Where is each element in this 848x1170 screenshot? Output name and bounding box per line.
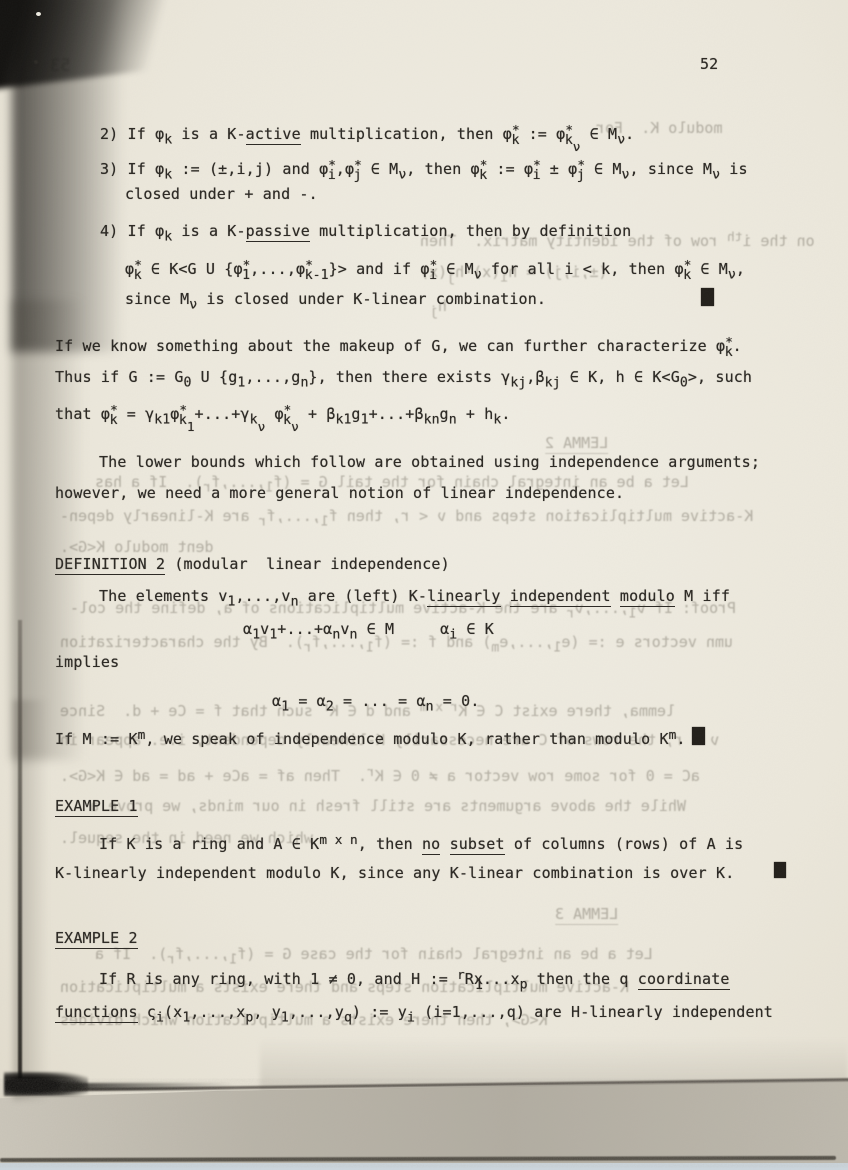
page-bottom-edge	[0, 1156, 836, 1162]
dark-corner-tail	[64, 1083, 234, 1090]
text-line: functions ςi(x1,...,xp, y1,...,yq) := yi…	[55, 995, 773, 1035]
qed-square	[701, 288, 714, 306]
dark-corner-bottom-left	[4, 1072, 88, 1096]
paper-sheet: modulo K. Foron the ith row of the ident…	[0, 0, 848, 1163]
dark-corner-top-left	[0, 0, 217, 89]
text-line: α1v1+...+αnvn ∈ M αi ∈ K	[243, 612, 494, 652]
scanned-page-screenshot: modulo K. Foron the ith row of the ident…	[0, 0, 848, 1170]
text-line: since Mν is closed under K-linear combin…	[125, 282, 546, 322]
text-line: DEFINITION 2 (modular linear independenc…	[55, 547, 450, 581]
text-line: K-linearly independent modulo K, since a…	[55, 856, 734, 890]
text-line: EXAMPLE 1	[55, 789, 138, 823]
bleedthrough-fragment: 53	[50, 50, 70, 82]
dust-speck	[36, 12, 41, 16]
bottom-curl-edge	[20, 1078, 848, 1092]
qed-square	[692, 727, 705, 745]
text-line: that φ*k = γk1φ*k1+...+γkν φ*kν + βk1g1+…	[55, 394, 511, 445]
text-line: If M := Km, we speak of independence mod…	[55, 719, 686, 756]
text-line: The lower bounds which follow are obtain…	[99, 445, 760, 479]
text-line: implies	[55, 645, 119, 679]
spine-crease-line	[18, 620, 22, 1088]
text-line: however, we need a more general notion o…	[55, 476, 624, 510]
bleedthrough-fragment: aC = 0 for some row vector a ≠ 0 ∈ Kr. T…	[60, 757, 700, 792]
text-line: closed under + and -.	[125, 177, 318, 211]
bleedthrough-fragment: LEMMA 3	[555, 898, 618, 930]
text-line: EXAMPLE 2	[55, 921, 138, 955]
bleedthrough-fragment: While the above arguments are still fres…	[90, 790, 686, 822]
page-number: 52	[700, 47, 718, 81]
qed-square	[774, 862, 786, 878]
spine-shadow-lower	[13, 700, 57, 1100]
bottom-curl-shadow	[0, 1080, 848, 1163]
dust-speck	[34, 60, 38, 64]
bottom-pre-shadow	[260, 1038, 848, 1090]
